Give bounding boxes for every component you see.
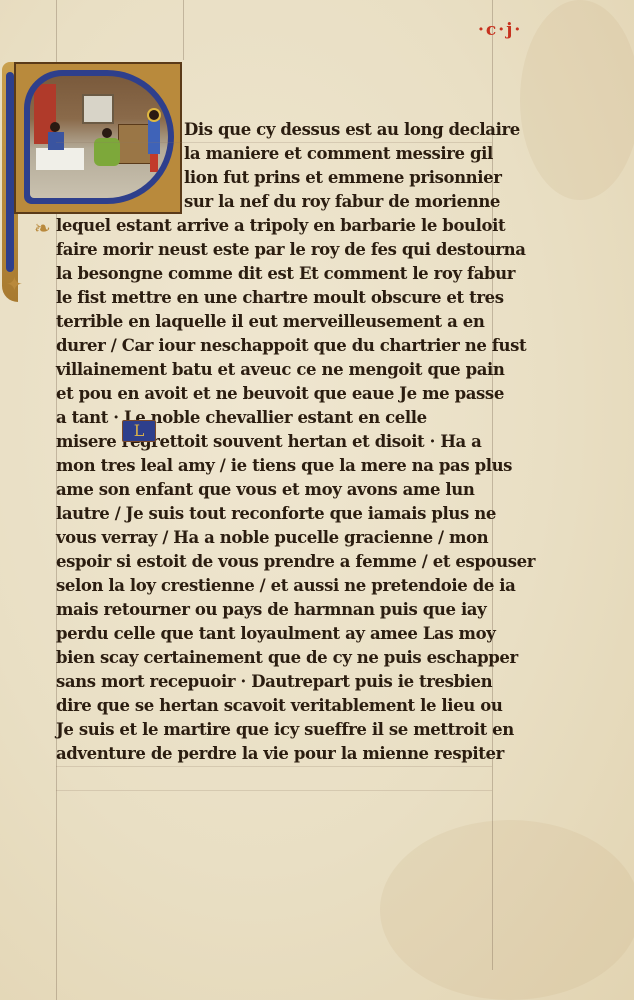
text-line: adventure de perdre la vie pour la mienn…: [56, 742, 504, 766]
text-line: le fist mettre en une chartre moult obsc…: [56, 286, 504, 310]
text-line: espoir si estoit de vous prendre a femme…: [56, 550, 535, 574]
small-decorated-initial: L: [122, 420, 156, 442]
top-ruling-line: [183, 0, 184, 60]
text-line: ame son enfant que vous et moy avons ame…: [56, 478, 475, 502]
banquet-scene-illustration: [30, 76, 168, 198]
text-line: Je suis et le martire que icy sueffre il…: [56, 718, 514, 742]
text-line: dire que se hertan scavoit veritablement…: [56, 694, 502, 718]
text-line: sur la nef du roy fabur de morienne: [184, 190, 500, 214]
parchment-stain: [520, 0, 634, 200]
text-line: mais retourner ou pays de harmnan puis q…: [56, 598, 486, 622]
ruling-line: [56, 142, 492, 143]
illuminated-initial-miniature: [14, 62, 182, 214]
text-line: durer / Car iour neschappoit que du char…: [56, 334, 526, 358]
text-line: faire morir neust este par le roy de fes…: [56, 238, 526, 262]
text-line: lion fut prins et emmene prisonnier: [184, 166, 502, 190]
gold-spray-ornament: ❧: [34, 216, 51, 240]
ruling-line: [56, 766, 492, 767]
text-line: perdu celle que tant loyaulment ay amee …: [56, 622, 495, 646]
text-line: vous verray / Ha a noble pucelle gracien…: [56, 526, 488, 550]
folio-number: ·c·j·: [478, 20, 522, 40]
text-line: villainement batu et aveuc ce ne mengoit…: [56, 358, 505, 382]
text-line: lequel estant arrive a tripoly en barbar…: [56, 214, 505, 238]
text-line: misere regrettoit souvent hertan et diso…: [56, 430, 481, 454]
text-line: a tant · Le noble chevallier estant en c…: [56, 406, 427, 430]
ruling-line: [56, 790, 492, 791]
parchment-stain: [380, 820, 634, 1000]
text-line: sans mort recepuoir · Dautrepart puis ie…: [56, 670, 492, 694]
text-line: bien scay certainement que de cy ne puis…: [56, 646, 518, 670]
text-line: lautre / Je suis tout reconforte que iam…: [56, 502, 496, 526]
text-line: selon la loy crestienne / et aussi ne pr…: [56, 574, 515, 598]
text-line: la maniere et comment messire gil: [184, 142, 493, 166]
text-line: terrible en laquelle il eut merveilleuse…: [56, 310, 484, 334]
gold-spray-ornament: ✦: [6, 272, 23, 296]
text-line: Dis que cy dessus est au long declaire: [184, 118, 520, 142]
text-line: et pou en avoit et ne beuvoit que eaue J…: [56, 382, 504, 406]
text-line: mon tres leal amy / ie tiens que la mere…: [56, 454, 512, 478]
text-line: la besongne comme dit est Et comment le …: [56, 262, 515, 286]
